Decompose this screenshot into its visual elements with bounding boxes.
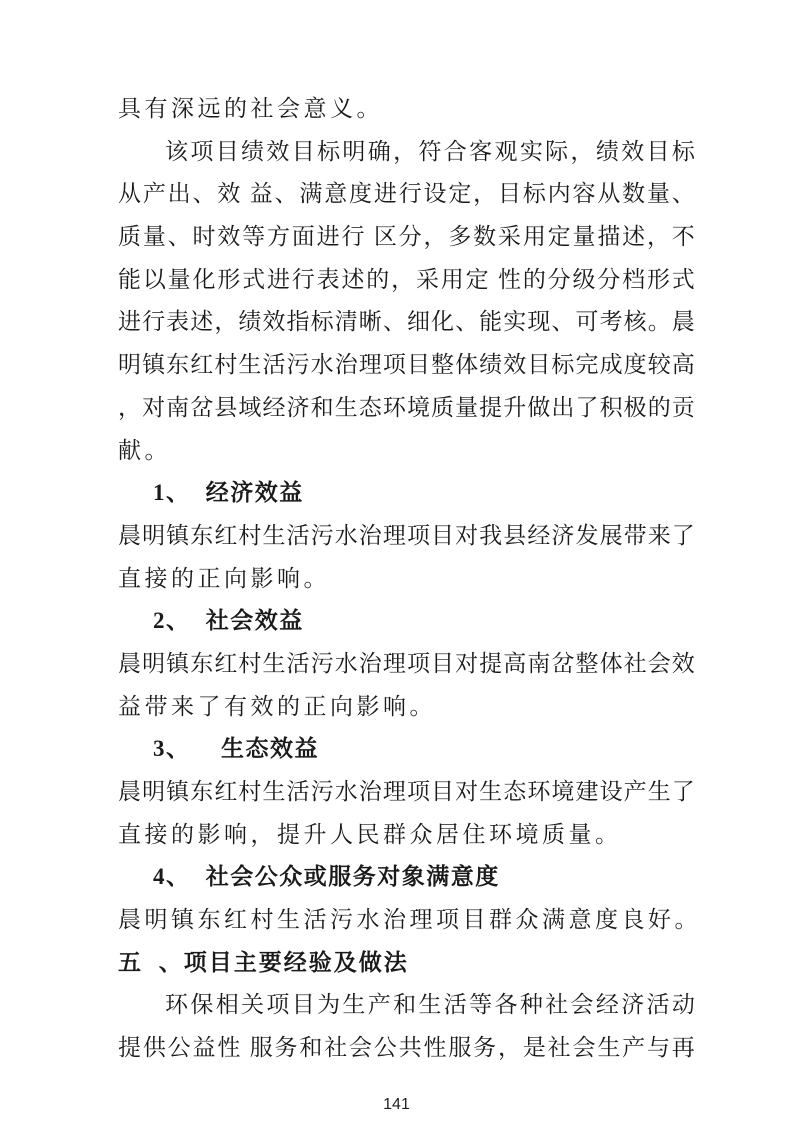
section-heading-public-satisfaction: 4、 社会公众或服务对象满意度 — [118, 856, 695, 899]
text-line: 进行表述，绩效指标清晰、细化、能实现、可考核。晨 — [118, 301, 695, 344]
text-line: 质量、时效等方面进行 区分，多数采用定量描述，不 — [118, 216, 695, 259]
text-line: 该项目绩效目标明确，符合客观实际，绩效目标 — [118, 131, 695, 174]
text-line: 晨明镇东红村生活污水治理项目群众满意度良好。 — [118, 899, 695, 942]
text-line: 直接的正向影响。 — [118, 558, 695, 601]
text-line: 直接的影响，提升人民群众居住环境质量。 — [118, 814, 695, 857]
page-number: 141 — [0, 1096, 793, 1114]
text-line: 晨明镇东红村生活污水治理项目对提高南岔整体社会效 — [118, 643, 695, 686]
text-line: 从产出、效 益、满意度进行设定，目标内容从数量、 — [118, 173, 695, 216]
text-line: 环保相关项目为生产和生活等各种社会经济活动 — [118, 984, 695, 1027]
document-body: 具有深远的社会意义。 该项目绩效目标明确，符合客观实际，绩效目标 从产出、效 益… — [118, 88, 695, 1070]
chapter-heading-experience-practices: 五 、项目主要经验及做法 — [118, 942, 695, 985]
text-line: 晨明镇东红村生活污水治理项目对我县经济发展带来了 — [118, 515, 695, 558]
text-line: ，对南岔县域经济和生态环境质量提升做出了积极的贡 — [118, 387, 695, 430]
text-line: 提供公益性 服务和社会公共性服务，是社会生产与再 — [118, 1027, 695, 1070]
text-line: 具有深远的社会意义。 — [118, 88, 695, 131]
section-heading-economic-benefit: 1、 经济效益 — [118, 472, 695, 515]
text-line: 晨明镇东红村生活污水治理项目对生态环境建设产生了 — [118, 771, 695, 814]
text-line: 能以量化形式进行表述的，采用定 性的分级分档形式 — [118, 259, 695, 302]
text-line: 献。 — [118, 430, 695, 473]
text-line: 明镇东红村生活污水治理项目整体绩效目标完成度较高 — [118, 344, 695, 387]
text-line: 益带来了有效的正向影响。 — [118, 686, 695, 729]
section-heading-social-benefit: 2、 社会效益 — [118, 600, 695, 643]
section-heading-ecological-benefit: 3、 生态效益 — [118, 728, 695, 771]
document-page: 具有深远的社会意义。 该项目绩效目标明确，符合客观实际，绩效目标 从产出、效 益… — [0, 0, 793, 1122]
